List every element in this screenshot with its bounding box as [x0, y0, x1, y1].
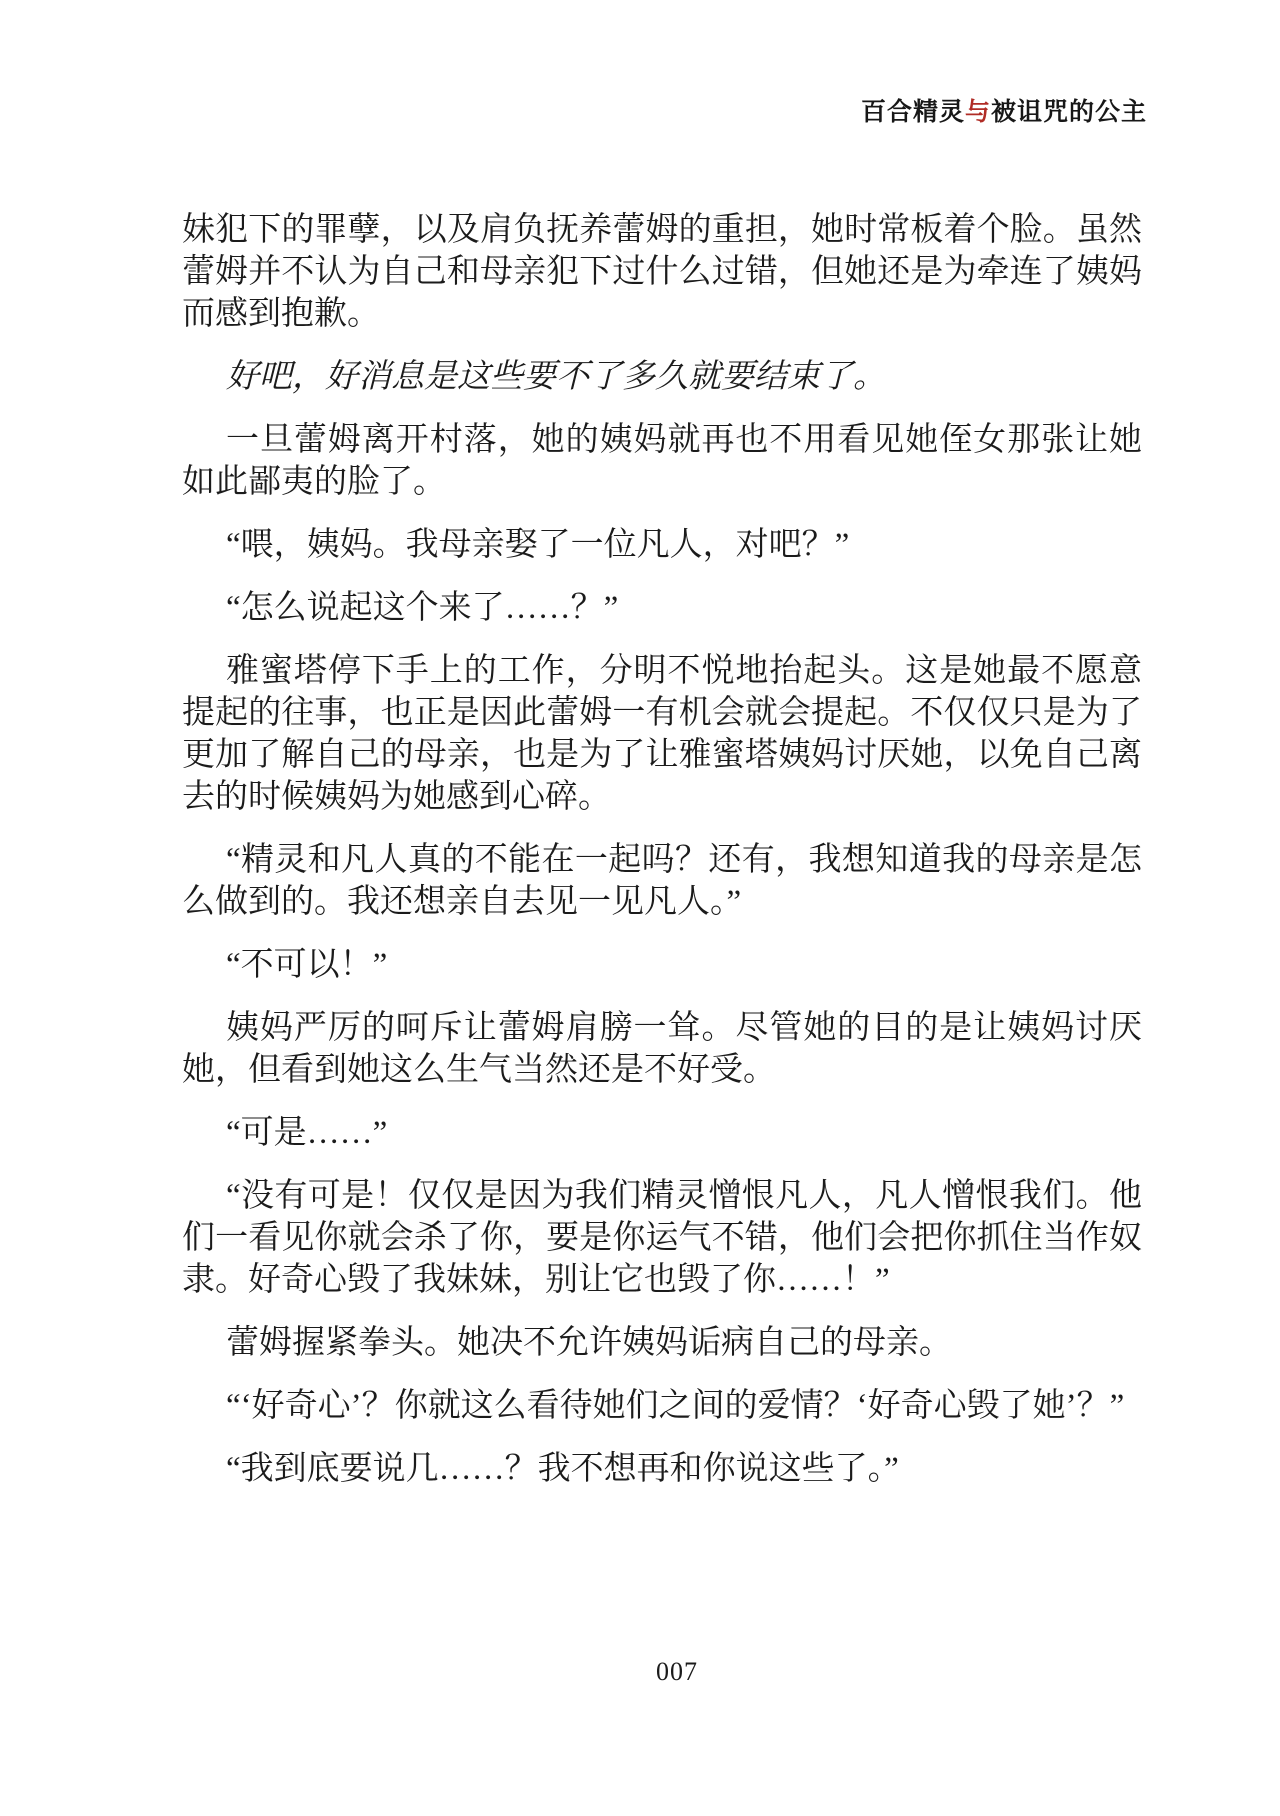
- running-head-title-part1: 百合精灵: [861, 99, 965, 126]
- paragraph-emphasis: 好吧，好消息是这些要不了多久就要结束了。: [182, 356, 1142, 398]
- paragraph-dialogue: “不可以！”: [182, 944, 1142, 986]
- paragraph: 姨妈严厉的呵斥让蕾姆肩膀一耸。尽管她的目的是让姨妈讨厌她，但看到她这么生气当然还…: [182, 1007, 1142, 1091]
- running-head: 百合精灵与被诅咒的公主: [861, 98, 1147, 128]
- paragraph-dialogue: “没有可是！仅仅是因为我们精灵憎恨凡人，凡人憎恨我们。他们一看见你就会杀了你，要…: [182, 1175, 1142, 1301]
- body-text-block: 妹犯下的罪孽，以及肩负抚养蕾姆的重担，她时常板着个脸。虽然蕾姆并不认为自己和母亲…: [182, 209, 1142, 1511]
- running-head-title-part3: 被诅咒的公主: [991, 99, 1147, 126]
- paragraph-dialogue: “精灵和凡人真的不能在一起吗？还有，我想知道我的母亲是怎么做到的。我还想亲自去见…: [182, 839, 1142, 923]
- paragraph-dialogue: “‘好奇心’？你就这么看待她们之间的爱情？‘好奇心毁了她’？”: [182, 1385, 1142, 1427]
- page-number: 007: [656, 1656, 698, 1688]
- paragraph: 蕾姆握紧拳头。她决不允许姨妈诟病自己的母亲。: [182, 1322, 1142, 1364]
- running-head-title-accent: 与: [965, 99, 991, 126]
- book-page: 百合精灵与被诅咒的公主 妹犯下的罪孽，以及肩负抚养蕾姆的重担，她时常板着个脸。虽…: [0, 0, 1280, 1816]
- paragraph: 妹犯下的罪孽，以及肩负抚养蕾姆的重担，她时常板着个脸。虽然蕾姆并不认为自己和母亲…: [182, 209, 1142, 335]
- paragraph-dialogue: “可是……”: [182, 1112, 1142, 1154]
- paragraph-dialogue: “喂，姨妈。我母亲娶了一位凡人，对吧？”: [182, 524, 1142, 566]
- paragraph-dialogue: “我到底要说几……？我不想再和你说这些了。”: [182, 1448, 1142, 1490]
- paragraph: 一旦蕾姆离开村落，她的姨妈就再也不用看见她侄女那张让她如此鄙夷的脸了。: [182, 419, 1142, 503]
- paragraph: 雅蜜塔停下手上的工作，分明不悦地抬起头。这是她最不愿意提起的往事，也正是因此蕾姆…: [182, 650, 1142, 818]
- paragraph-dialogue: “怎么说起这个来了……？”: [182, 587, 1142, 629]
